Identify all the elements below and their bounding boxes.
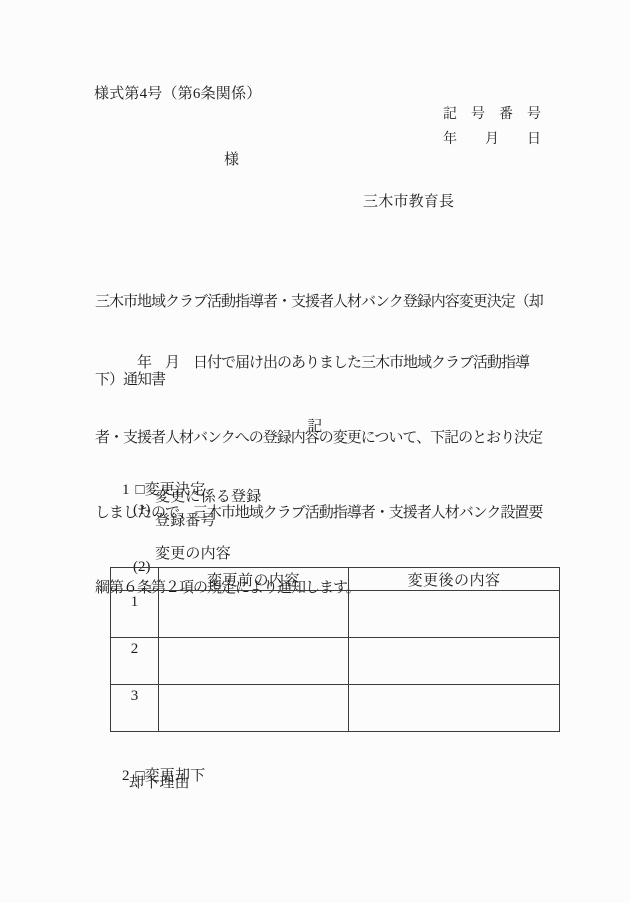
row-1-number: 1 [111,591,159,638]
row-2-after-cell [349,638,560,685]
form-number: 様式第4号（第6条関係） [94,82,261,103]
sub-item-1-label: 変更に係る登録 [155,485,261,506]
row-1-before-cell [159,591,349,638]
document-page: 様式第4号（第6条関係） 記 号 番 号 年 月 日 様 三木市教育長 三木市地… [0,0,630,903]
sender-title: 三木市教育長 [363,190,454,211]
table-header-after: 変更後の内容 [349,568,560,591]
table-header-before: 変更前の内容 [159,568,349,591]
row-2-before-cell [159,638,349,685]
row-1-after-cell [349,591,560,638]
table-header-row: 変更前の内容 変更後の内容 [111,568,560,591]
table-row: 1 [111,591,560,638]
row-2-number: 2 [111,638,159,685]
sub-item-2-label: 変更の内容 [155,542,231,563]
registration-number-label: 登録番号 [155,509,216,530]
row-3-after-cell [349,685,560,732]
table-row: 2 [111,638,560,685]
table-row: 3 [111,685,560,732]
sub-item-1-marker: (1) [133,502,151,519]
change-content-table: 変更前の内容 変更後の内容 1 2 3 [110,567,560,732]
date-line: 年 月 日 [443,128,541,148]
table-header-blank [111,568,159,591]
reference-number-label: 記 号 番 号 [443,103,541,123]
row-3-before-cell [159,685,349,732]
addressee-honorific: 様 [224,148,239,169]
body-line-1: 年 月 日付で届け出のありました三木市地域クラブ活動指導 [95,351,542,376]
record-heading: 記 [0,415,630,436]
rejection-reason-label: 却下理由 [129,771,190,792]
row-3-number: 3 [111,685,159,732]
